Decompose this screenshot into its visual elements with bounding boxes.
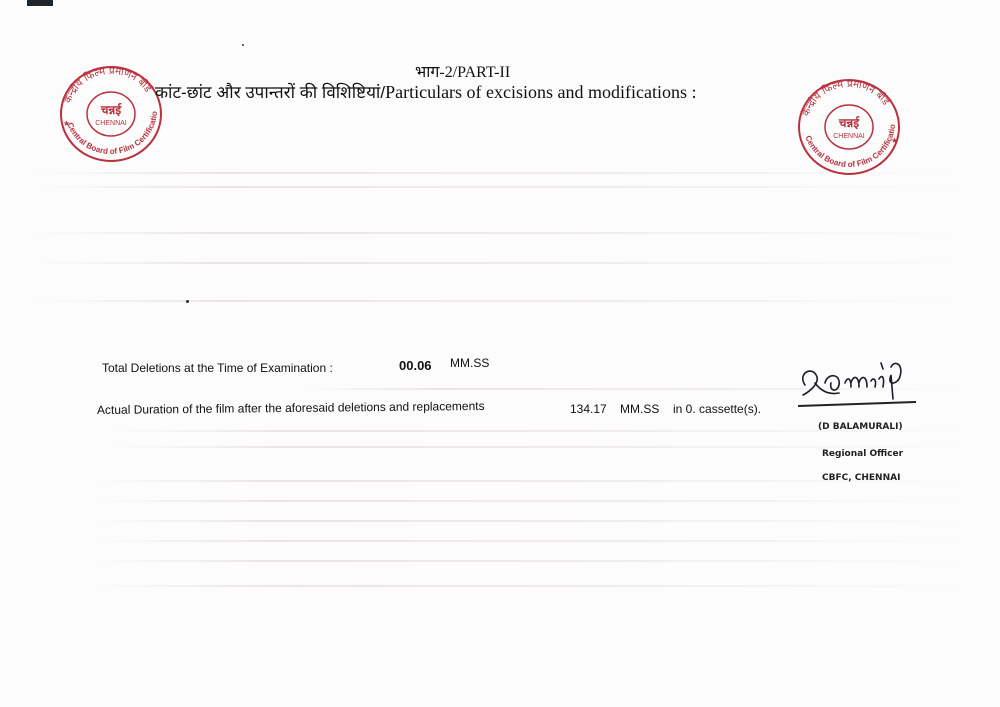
actual-duration-value: 134.17	[570, 402, 607, 416]
stamp-outer-hindi: केन्द्रीय फिल्म प्रमाणन बोर्ड	[800, 79, 893, 118]
stamp-center-english: CHENNAI	[95, 120, 127, 127]
signature-icon	[795, 355, 925, 405]
svg-text:केन्द्रीय फिल्म प्रमाणन बोर्ड: केन्द्रीय फिल्म प्रमाणन बोर्ड	[62, 66, 155, 105]
actual-duration-label: Actual Duration of the film after the af…	[97, 399, 485, 417]
total-deletions-label: Total Deletions at the Time of Examinati…	[102, 361, 333, 375]
actual-duration-unit: MM.SS	[620, 402, 659, 416]
heading-english: Particulars of excisions and modificatio…	[385, 82, 696, 102]
scan-speck	[186, 300, 189, 303]
total-deletions-unit: MM.SS	[450, 356, 489, 370]
heading-hindi: कांट-छांट और उपान्तरों की विशिष्टियां/	[155, 83, 385, 102]
total-deletions-value: 00.06	[399, 358, 432, 373]
signatory-office: CBFC, CHENNAI	[822, 473, 900, 483]
svg-text:केन्द्रीय फिल्म प्रमाणन बोर्ड: केन्द्रीय फिल्म प्रमाणन बोर्ड	[800, 79, 893, 118]
part-title: भाग-2/PART-II	[415, 60, 510, 82]
section-heading: कांट-छांट और उपान्तरों की विशिष्टियां/Pa…	[155, 80, 697, 103]
signatory-designation: Regional Officer	[822, 449, 903, 459]
cassettes-text: in 0. cassette(s).	[673, 402, 761, 416]
certificate-page: केन्द्रीय फिल्म प्रमाणन बोर्ड Central Bo…	[0, 0, 1000, 707]
cbfc-stamp-right: केन्द्रीय फिल्म प्रमाणन बोर्ड Central Bo…	[793, 75, 905, 179]
stamp-star-icon: ★	[63, 119, 70, 128]
stamp-outer-hindi: केन्द्रीय फिल्म प्रमाणन बोर्ड	[62, 66, 155, 105]
signatory-name: (D BALAMURALI)	[818, 422, 903, 432]
stamp-center-english: CHENNAI	[833, 133, 865, 140]
stamp-center-hindi: चन्नई	[100, 103, 122, 117]
stamp-star-icon: ★	[891, 136, 898, 145]
scan-corner-mark	[27, 0, 53, 6]
cbfc-stamp-left: केन्द्रीय फिल्म प्रमाणन बोर्ड Central Bo…	[55, 62, 167, 166]
stamp-center-hindi: चन्नई	[838, 116, 860, 130]
scan-speck	[242, 44, 244, 46]
